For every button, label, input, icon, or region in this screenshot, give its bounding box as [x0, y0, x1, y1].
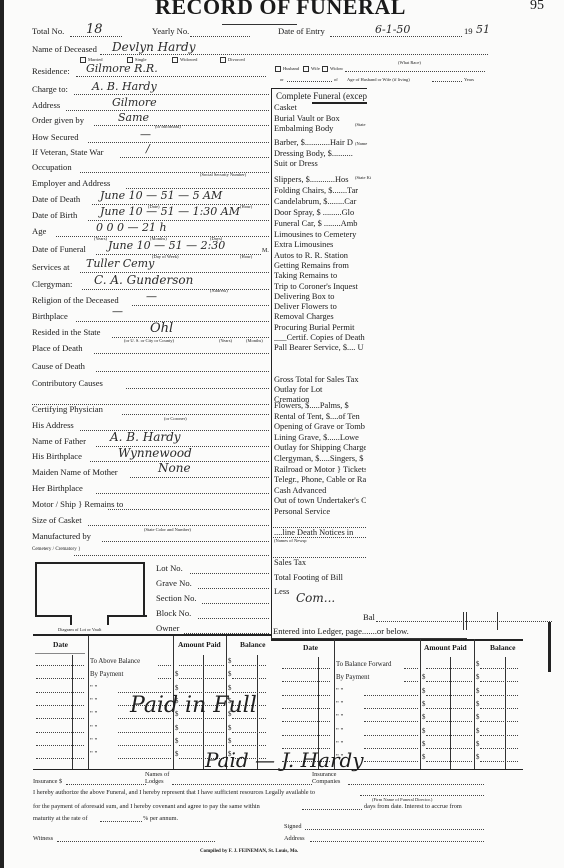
day-of-week-hint: (Day of Week): [152, 254, 179, 259]
address-footer-label: Address: [284, 835, 305, 842]
lot-no-label: Lot No.: [156, 563, 183, 573]
spouse-of-label: of: [334, 77, 338, 82]
what-race-hint: (What Race): [398, 60, 421, 65]
cause-of-death-label: Cause of Death: [32, 361, 85, 371]
year-value[interactable]: 51: [476, 23, 490, 36]
date-of-entry-value[interactable]: 6-1-50: [375, 23, 410, 36]
ledger-row-label: To Above Balance: [90, 658, 140, 665]
balance-line: [376, 621, 552, 622]
amount-dollar-sign: $: [422, 688, 425, 695]
left-page-border: [0, 0, 4, 868]
services-at-value[interactable]: Tuller Cemy: [86, 257, 154, 270]
charge-item: Cash Advanced: [274, 486, 366, 495]
amount-dollar-sign: $: [175, 725, 178, 732]
certifying-physician-label: Certifying Physician: [32, 404, 103, 414]
charge-item: Funeral Car, $ ........Amb: [274, 219, 366, 228]
witness-label: Witness: [33, 835, 53, 842]
days-line: [302, 809, 362, 810]
amount-dollar-sign: $: [422, 754, 425, 761]
father-name-value[interactable]: A. B. Hardy: [110, 430, 181, 444]
ledger-left-col-0: [72, 655, 73, 769]
checkbox-icon: [322, 66, 328, 72]
balance-dollar-sign: $: [228, 725, 231, 732]
diagram-caption: Diagram of Lot or Vault: [58, 627, 101, 632]
signature-payer: Paid — J. Hardy: [205, 748, 364, 772]
hour-hint: (Hour): [240, 204, 252, 209]
date-of-death-value[interactable]: June 10 — 51 — 5 AM: [100, 189, 222, 202]
less-value[interactable]: Com...: [296, 591, 335, 605]
contributory-causes-line: [126, 388, 269, 389]
ledger-row-label: " ": [336, 728, 343, 735]
charge-item: Trip to Coroner's Inquest: [274, 282, 366, 291]
amount-paid-field[interactable]: [426, 695, 472, 696]
signature-paid-in-full: Paid in Full: [130, 693, 257, 718]
charge-item: Slippers, $............Hos: [274, 175, 366, 184]
ledger-desc-line: [118, 718, 171, 719]
balance-dollar-sign: $: [476, 754, 479, 761]
clergyman-label: Clergyman:: [32, 279, 72, 289]
resided-months-hint: (Months): [246, 338, 263, 343]
ledger-row-label: " ": [336, 701, 343, 708]
ledger-desc-line: [364, 708, 418, 709]
lodges-label: Names of Lodges: [145, 771, 175, 785]
ledger-date-line[interactable]: [36, 665, 84, 666]
amount-paid-field[interactable]: [179, 678, 224, 679]
ledger-date-line[interactable]: [36, 678, 84, 679]
charge-item: Total Footing of Bill: [274, 573, 366, 582]
ledger-row-label: " ": [90, 751, 97, 758]
address-footer-line[interactable]: [310, 841, 484, 842]
ledger-date-line[interactable]: [282, 721, 330, 722]
owner-label: Owner: [156, 623, 179, 633]
companies-label: Insurance Companies: [312, 771, 350, 785]
compiled-by-credit: Compiled by F. J. FEINEMAN, St. Louis, M…: [200, 849, 298, 854]
manufactured-by-line: [102, 541, 269, 542]
order-given-by-line: [94, 125, 269, 126]
place-of-death-line: [94, 353, 269, 354]
ledger-right-amount-header: Amount Paid: [424, 643, 467, 652]
religion-value[interactable]: —: [146, 290, 157, 303]
witness-line[interactable]: [57, 841, 215, 842]
ledger-top-rule-left: [33, 634, 271, 636]
payment-text: for the payment of aforesaid sum, and I …: [33, 803, 260, 810]
balance-field[interactable]: [480, 681, 518, 682]
checkbox-icon: [220, 57, 226, 63]
amount-dollar-sign: $: [422, 674, 425, 681]
casket-color-hint: (State Color and Number): [144, 527, 191, 532]
charge-item: Deliver Flowers to: [274, 302, 366, 311]
checkbox-husband[interactable]: Husband: [275, 66, 299, 72]
charge-item: Autos to R. R. Station: [274, 251, 366, 260]
address-line: [66, 110, 269, 111]
charge-item: Out of town Undertaker's C: [274, 496, 366, 505]
remains-to-line: [108, 509, 269, 510]
charge-item: Extra Limousines: [274, 240, 366, 249]
amount-dollar-sign: $: [422, 741, 425, 748]
amount-paid-field[interactable]: [426, 668, 472, 669]
balance-dollar-sign: $: [476, 714, 479, 721]
spouse-or-label: or: [280, 77, 284, 82]
age-value[interactable]: 0 0 0 — 21 h: [96, 221, 167, 234]
charge-item: Gross Total for Sales Tax: [274, 375, 366, 384]
balance-field[interactable]: [232, 718, 266, 719]
amount-dollar-sign: $: [422, 714, 425, 721]
charge-item: Getting Remains from: [274, 261, 366, 270]
resided-years-hint: (Years): [219, 338, 232, 343]
section-no-label: Section No.: [156, 593, 197, 603]
balance-divider-1: [463, 612, 464, 630]
ledger-right-date-header: Date: [303, 643, 318, 652]
deceased-name-value[interactable]: Devlyn Hardy: [112, 40, 195, 54]
ledger-row-label: " ": [336, 714, 343, 721]
ledger-row-label: " ": [336, 741, 343, 748]
her-birthplace-line: [96, 493, 269, 494]
ledger-row-label: " ": [90, 738, 97, 745]
amount-paid-field[interactable]: [426, 735, 472, 736]
charge-item: Procuring Burial Permit: [274, 323, 366, 332]
balance-dollar-sign: $: [228, 671, 231, 678]
size-of-casket-line: [88, 525, 269, 526]
employer-label: Employer and Address: [32, 178, 110, 188]
contributory-causes-label: Contributory Causes: [32, 378, 103, 388]
mother-maiden-name-label: Maiden Name of Mother: [32, 467, 118, 477]
ledger-date-line[interactable]: [282, 735, 330, 736]
amount-paid-field[interactable]: [426, 708, 472, 709]
charge-to-value[interactable]: A. B. Hardy: [92, 80, 157, 93]
section-no-line: [202, 603, 269, 604]
total-no-label: Total No.: [32, 26, 64, 36]
maturity-text: maturity at the rate of: [33, 815, 88, 822]
balance-field[interactable]: [480, 708, 518, 709]
balance-dollar-sign: $: [476, 741, 479, 748]
cemetery-crematory-label: Cemetery / Crematory }: [32, 547, 80, 552]
charge-item: Sales Tax: [274, 558, 366, 567]
mother-maiden-name-value[interactable]: None: [158, 461, 191, 475]
ledger-row-label: " ": [90, 698, 97, 705]
name-hint: (Name: [355, 141, 367, 146]
yearly-no-line: [190, 36, 250, 37]
charges-heading: Complete Funeral (except out: [276, 91, 367, 101]
block-no-line: [198, 618, 269, 619]
charge-item: Candelabrum, $........Car: [274, 197, 366, 206]
date-of-birth-label: Date of Birth: [32, 210, 77, 220]
ledger-date-line[interactable]: [36, 705, 84, 706]
checkbox-icon: [172, 57, 178, 63]
religion-line: [132, 305, 269, 306]
residence-line: [76, 76, 266, 77]
charge-item: Burial Vault or Box: [274, 114, 366, 123]
charge-item: Opening of Grave or Tomb: [274, 422, 366, 431]
companies-line: [348, 784, 484, 785]
balance-field[interactable]: [232, 678, 266, 679]
balance-dollar-sign: $: [228, 658, 231, 665]
services-at-label: Services at: [32, 262, 69, 272]
lot-diagram-box: [35, 562, 145, 617]
funeral-hour-hint: (Hour): [240, 254, 252, 259]
ledger-desc-line: [364, 695, 418, 696]
amount-paid-field[interactable]: [426, 721, 472, 722]
title-underline: [222, 24, 297, 25]
her-birthplace-label: Her Birthplace: [32, 483, 83, 493]
ledger-row-label: " ": [90, 685, 97, 692]
charge-item: ___Certif. Copies of Death Ce: [274, 333, 366, 342]
date-of-death-label: Date of Death: [32, 194, 80, 204]
grave-no-line: [198, 588, 269, 589]
grave-no-label: Grave No.: [156, 578, 192, 588]
ledger-row-label: " ": [336, 688, 343, 695]
balance-field[interactable]: [232, 732, 266, 733]
rate-line: [100, 821, 142, 822]
years-hint: (Years): [94, 236, 107, 241]
ledger-left-balance-header: Balance: [240, 640, 265, 649]
percent-text: % per annum.: [143, 815, 178, 822]
coroner-hint: (or Coroner): [164, 416, 187, 421]
amount-dollar-sign: $: [175, 685, 178, 692]
cause-of-death-line: [96, 371, 269, 372]
authorize-text: I hereby authorize the above Funeral, an…: [33, 789, 315, 796]
manufactured-by-label: Manufactured by: [32, 531, 91, 541]
charge-item: Rental of Tent, $....of Ten: [274, 412, 366, 421]
ledger-desc-line: [404, 668, 418, 669]
spouse-or-line: [287, 81, 332, 82]
balance-dollar-sign: $: [476, 688, 479, 695]
ledger-date-line[interactable]: [282, 681, 330, 682]
cemetery-line: [74, 555, 269, 556]
place-of-death-label: Place of Death: [32, 343, 83, 353]
checkbox-icon: [303, 66, 309, 72]
checkbox-wife[interactable]: Wife: [303, 66, 320, 72]
address-label: Address: [32, 100, 60, 110]
balance-field[interactable]: [480, 761, 518, 762]
ledger-row-label: " ": [90, 725, 97, 732]
charge-item: Barber, $............Hair D: [274, 138, 366, 147]
page-number: 95: [530, 0, 544, 14]
ledger-entry-label: Entered into Ledger, page.......or below…: [273, 626, 409, 636]
amount-paid-field[interactable]: [426, 761, 472, 762]
firm-name-line: [360, 795, 484, 796]
right-edge-shadow: [548, 622, 551, 672]
amount-paid-field[interactable]: [426, 681, 472, 682]
order-given-by-label: Order given by: [32, 115, 84, 125]
age-spouse-label: Age of Husband or Wife (if living): [347, 77, 410, 82]
ledger-row-label: By Payment: [90, 671, 123, 678]
checkbox-icon: [275, 66, 281, 72]
diagram-base-right: [107, 615, 147, 617]
his-birthplace-value[interactable]: Wynnewood: [118, 446, 192, 460]
birthplace-value[interactable]: —: [112, 305, 123, 318]
order-given-by-value[interactable]: Same: [118, 111, 149, 124]
ledger-date-line[interactable]: [282, 708, 330, 709]
ledger-right-col-4: [474, 639, 475, 769]
how-secured-label: How Secured: [32, 132, 79, 142]
clergyman-value[interactable]: C. A. Gunderson: [94, 273, 193, 287]
ledger-date-line[interactable]: [36, 745, 84, 746]
balance-dollar-sign: $: [476, 701, 479, 708]
ledger-top-rule-right: [271, 639, 523, 641]
amount-paid-field[interactable]: [179, 718, 224, 719]
birthplace-label: Birthplace: [32, 311, 68, 321]
ledger-desc-line: [364, 761, 418, 762]
ledger-row-label: By Payment: [336, 674, 369, 681]
charge-item: Door Spray, $ .........Glo: [274, 208, 366, 217]
date-of-entry-label: Date of Entry: [278, 26, 325, 36]
resided-scope-hint: (or U. S. or City or County): [124, 338, 174, 343]
balance-divider-3: [497, 612, 498, 630]
amount-dollar-sign: $: [175, 751, 178, 758]
lodges-line: [172, 784, 312, 785]
balance-field[interactable]: [480, 695, 518, 696]
deceased-name-label: Name of Deceased: [32, 44, 97, 54]
charge-item: Folding Chairs, $.......Tar: [274, 186, 366, 195]
ledger-date-line[interactable]: [36, 718, 84, 719]
how-secured-value[interactable]: —: [140, 128, 151, 141]
ledger-desc-line: [158, 665, 171, 666]
block-no-label: Block No.: [156, 608, 191, 618]
signed-label: Signed: [284, 823, 302, 830]
firm-name-hint: (Firm Name of Funeral Director.): [372, 797, 432, 802]
clergyman-line: [82, 289, 269, 290]
residence-label: Residence:: [32, 66, 70, 76]
charge-item: (Names of Newsp: [274, 538, 366, 543]
ledger-date-line[interactable]: [282, 695, 330, 696]
balance-dollar-sign: $: [476, 728, 479, 735]
meridiem-suffix: M.: [262, 248, 269, 254]
charge-item: Outlay for Lot: [274, 385, 366, 394]
ledger-row-label: To Balance Forward: [336, 661, 391, 668]
ledger-right-col-2: [420, 639, 421, 769]
occupation-label: Occupation: [32, 162, 72, 172]
ledger-right-col-5: [505, 657, 506, 769]
charge-item: Clergyman, $.....Singers, $: [274, 454, 366, 463]
ledger-date-line[interactable]: [36, 758, 84, 759]
charge-item: Embalming Body: [274, 124, 366, 133]
physician-line: [122, 414, 269, 415]
balance-dollar-sign: $: [228, 738, 231, 745]
amount-paid-field[interactable]: [426, 748, 472, 749]
amount-paid-field[interactable]: [179, 745, 224, 746]
remains-to-label: Motor / Ship } Remains to: [32, 499, 123, 509]
charge-item: Dressing Body, $..........: [274, 149, 366, 158]
years-label: Years: [464, 77, 474, 82]
ledger-desc-line: [364, 721, 418, 722]
state-kind-hint: (State Ki: [355, 175, 371, 180]
ledger-date-line[interactable]: [36, 692, 84, 693]
charge-item: Delivering Box to: [274, 292, 366, 301]
charge-item: Suit or Dress: [274, 159, 366, 168]
charge-item: Limousines to Cemetery: [274, 230, 366, 239]
amount-paid-field[interactable]: [179, 732, 224, 733]
ledger-right-balance-header: Balance: [490, 643, 515, 652]
charge-item: Removal Charges: [274, 312, 366, 321]
amount-dollar-sign: $: [422, 701, 425, 708]
charge-item: Lining Grave, $......Lowe: [274, 433, 366, 442]
date-of-funeral-value[interactable]: June 10 — 51 — 2:30: [108, 239, 225, 252]
residence-value[interactable]: Gilmore R.R.: [86, 62, 158, 75]
charge-to-label: Charge to:: [32, 84, 68, 94]
amount-dollar-sign: $: [422, 728, 425, 735]
ledger-left-amount-header: Amount Paid: [178, 640, 221, 649]
balance-dollar-sign: $: [476, 661, 479, 668]
ledger-right-col-3: [450, 657, 451, 769]
insurance-line: [66, 784, 146, 785]
insurance-label: Insurance $: [33, 778, 62, 785]
deceased-name-line: [100, 54, 488, 55]
balance-divider-2: [466, 612, 467, 630]
balance-field[interactable]: [480, 748, 518, 749]
lot-no-line: [190, 573, 269, 574]
spouse-name-line: [345, 71, 485, 72]
amount-dollar-sign: $: [175, 671, 178, 678]
religion-label: Religion of the Deceased: [32, 295, 119, 305]
amount-paid-field[interactable]: [179, 665, 224, 666]
resided-value[interactable]: Ohl: [150, 321, 173, 336]
charge-item: Outlay for Shipping Charge: [274, 443, 366, 452]
page-title: RECORD OF FUNERAL: [155, 0, 406, 20]
date-of-birth-value[interactable]: June 10 — 51 — 1:30 AM: [100, 205, 240, 218]
signed-line[interactable]: [305, 829, 484, 830]
father-name-label: Name of Father: [32, 436, 86, 446]
address-value[interactable]: Gilmore: [112, 96, 157, 109]
balance-field[interactable]: [232, 665, 266, 666]
diagram-stub-right: [107, 615, 109, 625]
ledger-desc-line: [404, 681, 418, 682]
date-of-funeral-label: Date of Funeral: [32, 244, 86, 254]
funeral-record-page: RECORD OF FUNERAL 95 Total No. 18 Yearly…: [0, 0, 564, 868]
age-label: Age: [32, 226, 46, 236]
charge-item: Telegr., Phone, Cable or Ra: [274, 475, 366, 484]
diagram-base-left: [35, 615, 72, 617]
total-no-value[interactable]: 18: [86, 22, 103, 37]
checkbox-widowed[interactable]: Widowed: [172, 57, 197, 63]
ledger-desc-line: [118, 745, 171, 746]
clergy-address-hint: (Address): [210, 288, 228, 293]
resided-label: Resided in the State: [32, 327, 101, 337]
balance-field[interactable]: [480, 735, 518, 736]
veteran-value[interactable]: /: [146, 142, 150, 155]
his-address-label: His Address: [32, 420, 74, 430]
balance-field[interactable]: [480, 721, 518, 722]
days-text: days from date. Interest to accrue from: [364, 803, 462, 810]
balance-dollar-sign: $: [476, 674, 479, 681]
informant-hint: (or informant): [155, 124, 181, 129]
balance-label: Bal: [363, 612, 375, 622]
age-spouse-line: [432, 81, 462, 82]
yearly-no-label: Yearly No.: [152, 26, 189, 36]
ledger-date-line[interactable]: [36, 732, 84, 733]
ledger-row-label: " ": [90, 711, 97, 718]
ledger-left-date-header: Date: [53, 640, 68, 649]
year-prefix: 19: [464, 26, 473, 36]
size-of-casket-label: Size of Casket: [32, 515, 82, 525]
date-of-entry-line: [330, 36, 462, 37]
ledger-desc-line: [364, 735, 418, 736]
ledger-desc-line: [158, 678, 171, 679]
ledger-date-line[interactable]: [282, 668, 330, 669]
his-birthplace-label: His Birthplace: [32, 451, 82, 461]
charge-to-line: [74, 94, 269, 95]
charge-item: Taking Remains to: [274, 271, 366, 280]
amount-dollar-sign: $: [175, 738, 178, 745]
checkbox-widow[interactable]: Widow: [322, 66, 343, 72]
ledger-desc-line: [364, 748, 418, 749]
balance-field[interactable]: [232, 745, 266, 746]
veteran-line: [120, 157, 269, 158]
checkbox-divorced[interactable]: Divorced: [220, 57, 245, 63]
charge-item: Flowers, $.....Palms, $: [274, 401, 366, 410]
balance-field[interactable]: [480, 668, 518, 669]
ledger-desc-line: [118, 758, 171, 759]
charge-item: Railroad or Motor } Tickets, $: [274, 465, 366, 474]
